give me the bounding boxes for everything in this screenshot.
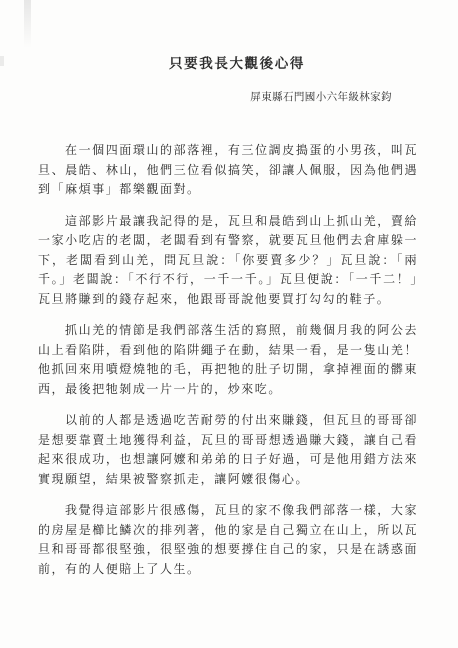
scan-artifact	[24, 0, 31, 48]
author-byline: 屏東縣石門國小六年級林家鈞	[38, 90, 392, 104]
essay-body: 在一個四面環山的部落裡，有三位調皮搗蛋的小男孩，叫瓦旦、晨皓、林山，他們三位看似…	[38, 141, 418, 579]
essay-paragraph-4: 以前的人都是透過吃苦耐勞的付出來賺錢，但瓦旦的哥哥卻是想要靠賣土地獲得利益，瓦旦…	[38, 411, 418, 489]
essay-paragraph-2: 這部影片最讓我記得的是，瓦旦和晨皓到山上抓山羌，賣給一家小吃店的老闆，老闆看到有…	[38, 212, 418, 310]
essay-title: 只要我長大觀後心得	[47, 55, 427, 73]
essay-paragraph-1: 在一個四面環山的部落裡，有三位調皮搗蛋的小男孩，叫瓦旦、晨皓、林山，他們三位看似…	[38, 141, 418, 200]
essay-paragraph-5: 我覺得這部影片很感傷，瓦旦的家不像我們部落一樣，大家的房屋是櫛比鱗次的排列著，他…	[38, 501, 418, 579]
document-page: 只要我長大觀後心得 屏東縣石門國小六年級林家鈞 在一個四面環山的部落裡，有三位調…	[0, 0, 458, 648]
essay-paragraph-3: 抓山羌的情節是我們部落生活的寫照，前幾個月我的阿公去山上看陷阱，看到他的陷阱繩子…	[38, 321, 418, 399]
scan-artifact	[0, 56, 4, 66]
